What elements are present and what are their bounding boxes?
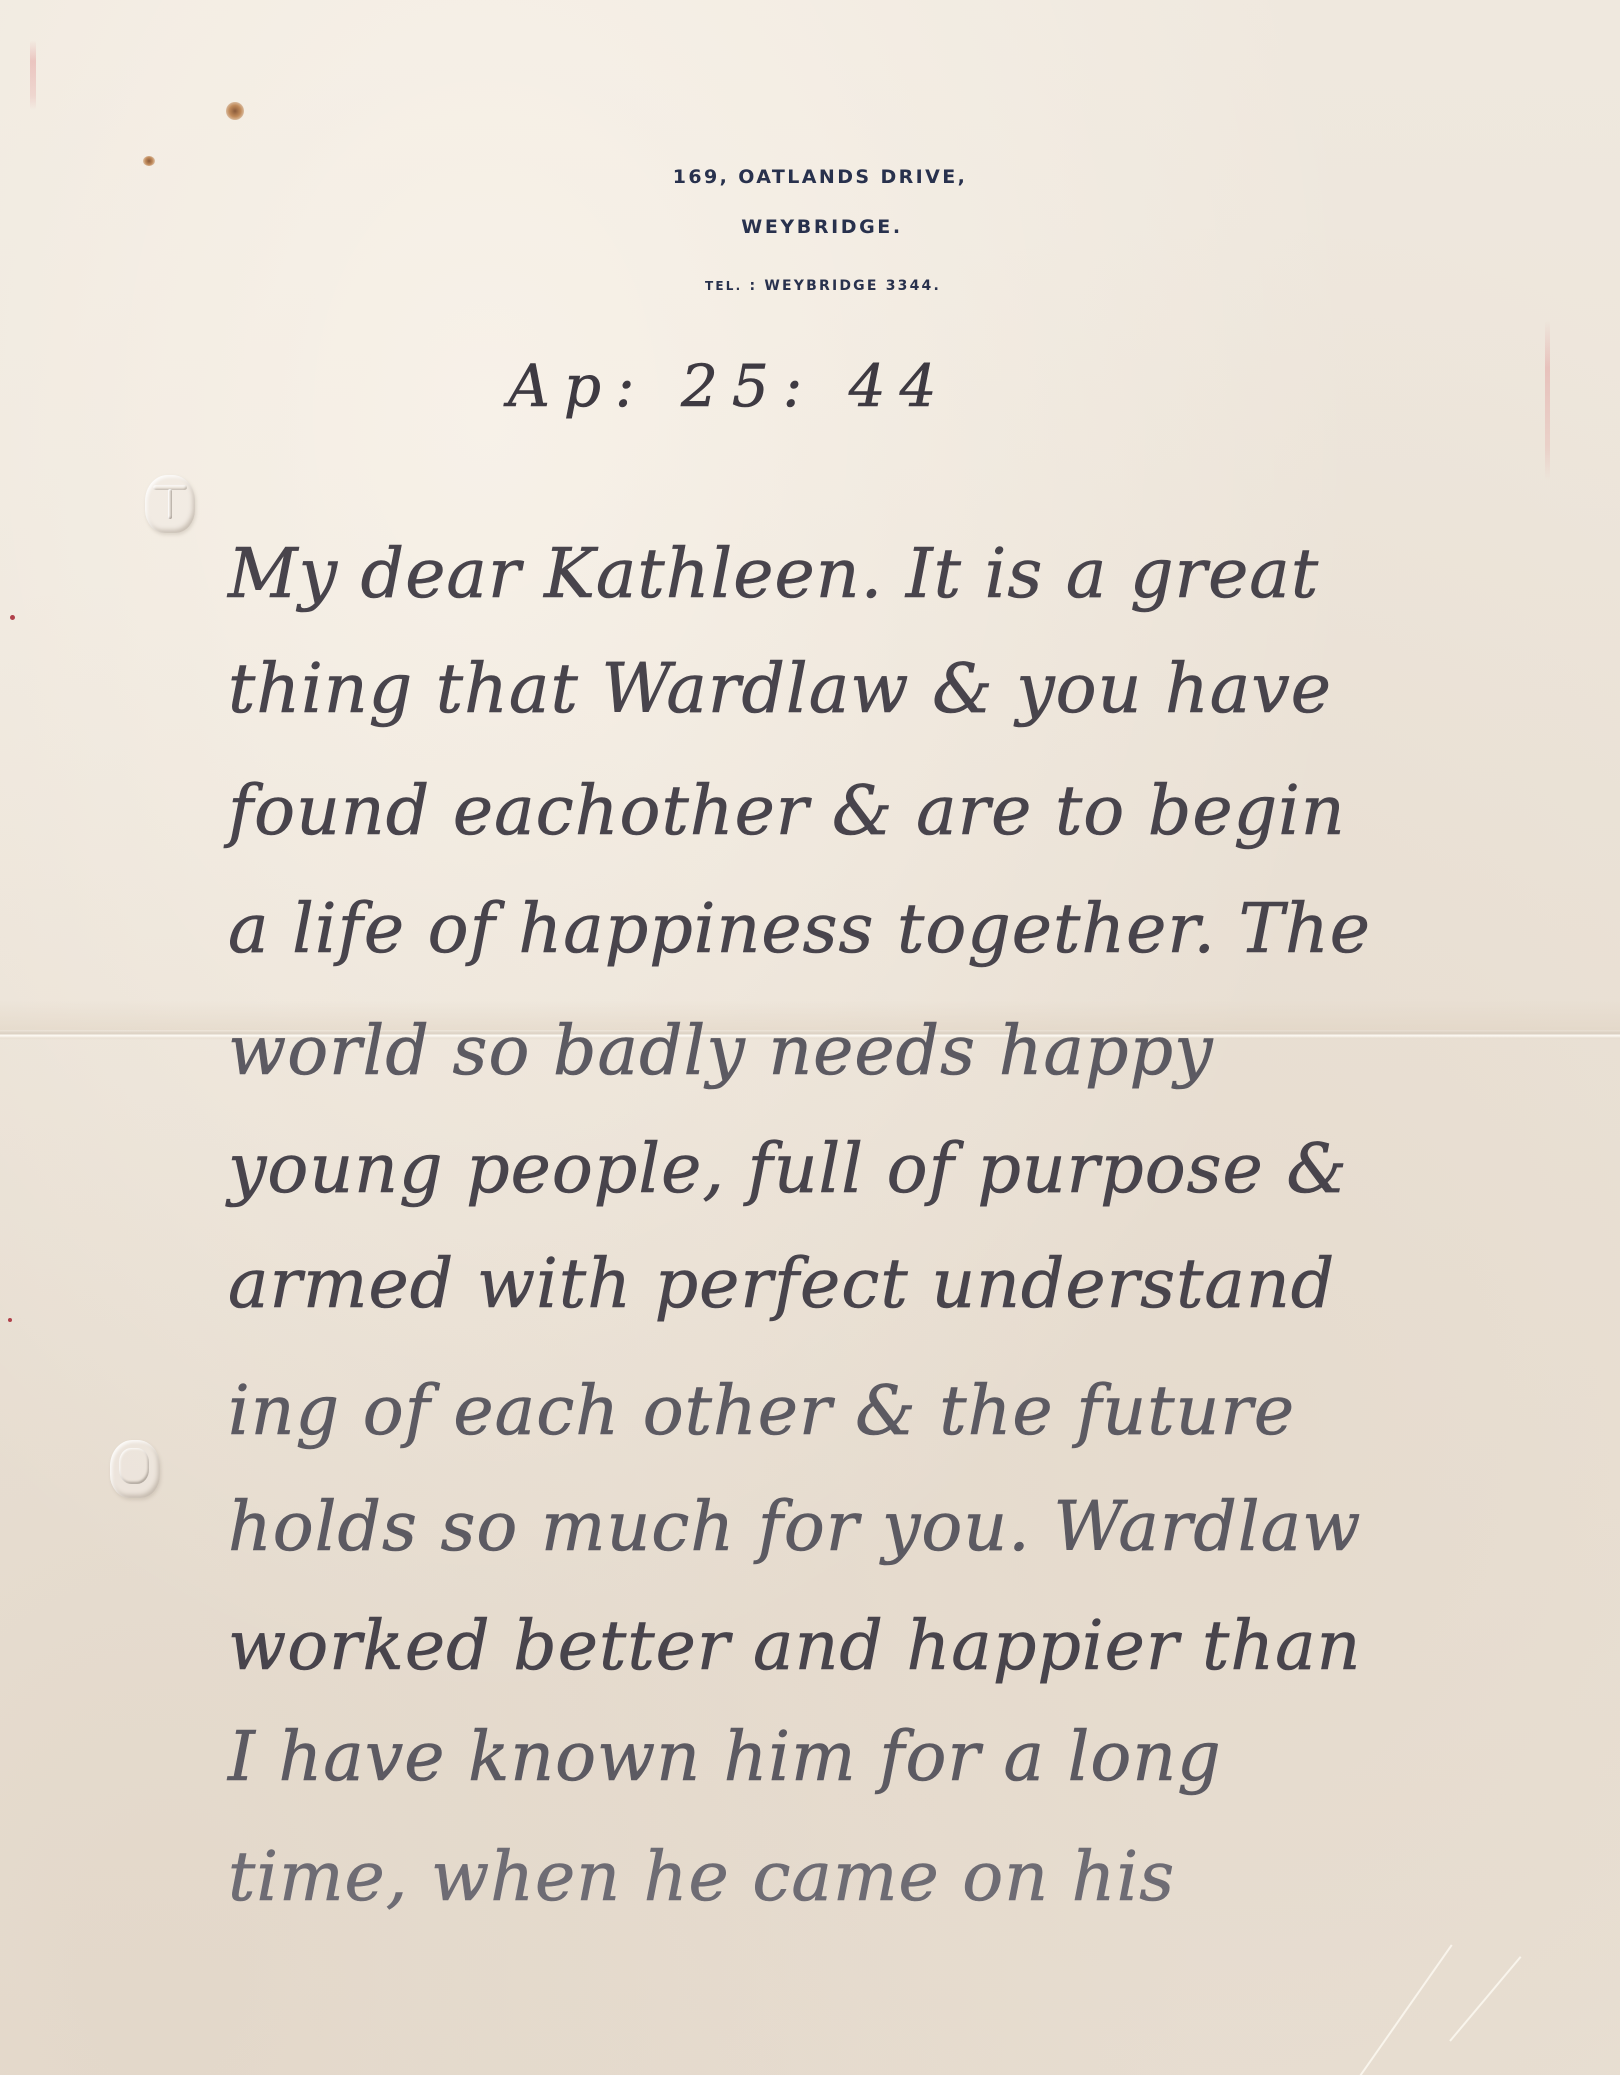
letter-line: time, when he came on his	[228, 1838, 1175, 1917]
letterhead-telephone: TEL. : WEYBRIDGE 3344.	[643, 278, 1003, 294]
rust-spot	[226, 102, 244, 120]
letter-page: 169, OATLANDS DRIVE, WEYBRIDGE. TEL. : W…	[0, 0, 1620, 2075]
letter-line: worked better and happier than	[228, 1607, 1361, 1686]
letter-date: Ap: 25: 44	[508, 352, 951, 420]
letterhead-town: WEYBRIDGE.	[712, 216, 932, 238]
red-trace-mark	[30, 40, 36, 110]
letter-line: ing of each other & the future	[228, 1372, 1295, 1451]
tel-separator: :	[749, 278, 757, 294]
letterhead-address: 169, OATLANDS DRIVE,	[620, 166, 1020, 188]
tel-value: WEYBRIDGE 3344.	[764, 278, 941, 294]
letter-line: found eachother & are to begin	[228, 772, 1346, 851]
emboss-stamp-t-icon	[145, 475, 195, 533]
red-ink-dot	[10, 615, 15, 620]
emboss-stamp-round-icon	[110, 1440, 160, 1498]
letter-line: world so badly needs happy	[228, 1012, 1214, 1091]
letter-line: thing that Wardlaw & you have	[228, 650, 1332, 729]
letter-line: armed with perfect understand	[228, 1245, 1335, 1324]
letter-line: young people, full of purpose &	[228, 1130, 1348, 1209]
letter-line: a life of happiness together. The	[228, 890, 1371, 969]
red-ink-dot	[8, 1318, 12, 1322]
red-trace-mark	[1545, 320, 1550, 480]
letter-line: I have known him for a long	[228, 1718, 1222, 1797]
letter-line: holds so much for you. Wardlaw	[228, 1488, 1361, 1567]
rust-spot	[143, 156, 155, 166]
tel-label: TEL.	[705, 279, 742, 293]
letter-line: My dear Kathleen. It is a great	[228, 535, 1319, 614]
paper-crease	[1449, 1956, 1521, 2042]
paper-crease	[1359, 1944, 1452, 2075]
